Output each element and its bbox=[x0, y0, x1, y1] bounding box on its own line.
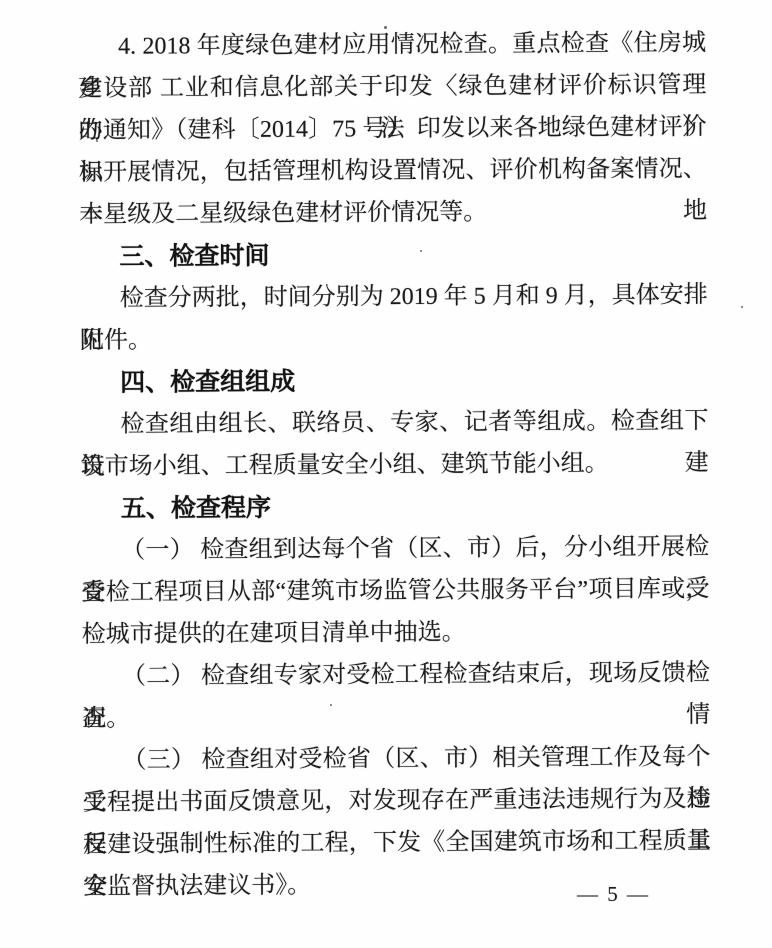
text-line: 检查组由组长、联络员、专家、记者等组成。检查组下设建 bbox=[80, 400, 708, 446]
paragraph: 检查分两批，时间分别为 2019 年 5 月和 9 月，具体安排见附件。 bbox=[80, 274, 709, 362]
text-line: 建设部 工业和信息化部关于印发〈绿色建材评价标识管理办法〉 bbox=[78, 64, 706, 110]
scan-speck bbox=[654, 122, 656, 124]
text-line: 工程提出书面反馈意见，对发现存在严重违法违规行为及违反工 bbox=[83, 778, 711, 824]
paragraph: （二） 检查组专家对受检工程检查结束后，现场反馈检查情况。 bbox=[82, 652, 711, 740]
text-line: 附件。 bbox=[80, 316, 708, 362]
scan-speck bbox=[741, 306, 743, 308]
scanned-document-page: 4. 2018 年度绿色建材应用情况检查。重点检查《住房城乡建设部 工业和信息化… bbox=[0, 0, 772, 948]
paragraph: 检查组由组长、联络员、专家、记者等组成。检查组下设建筑市场小组、工程质量安全小组… bbox=[80, 400, 709, 488]
section-heading: 三、检查时间 bbox=[119, 232, 707, 278]
text-line: 检城市提供的在建项目清单中抽选。 bbox=[82, 610, 710, 656]
section-heading: 五、检查程序 bbox=[121, 484, 709, 530]
scan-speck bbox=[330, 704, 332, 706]
page-number: — 5 — bbox=[577, 882, 650, 907]
text-line: 识开展情况，包括管理机构设置情况、评价机构备案情况、本地 bbox=[79, 148, 707, 194]
text-line: 检查分两批，时间分别为 2019 年 5 月和 9 月，具体安排见 bbox=[80, 274, 708, 320]
section-heading: 四、检查组组成 bbox=[120, 358, 708, 404]
scan-speck bbox=[96, 140, 98, 142]
scan-speck bbox=[420, 250, 422, 252]
text-line: 的通知》（建科〔2014〕75 号） 印发以来各地绿色建材评价标 bbox=[79, 106, 707, 152]
document-body: 4. 2018 年度绿色建材应用情况检查。重点检查《住房城乡建设部 工业和信息化… bbox=[78, 22, 711, 908]
text-line: 程建设强制性标准的工程，下发《全国建筑市场和工程质量安 bbox=[83, 820, 711, 866]
text-line: （一） 检查组到达每个省（区、市）后，分小组开展检查， bbox=[81, 526, 709, 572]
scan-speck bbox=[384, 26, 387, 29]
paragraph: （一） 检查组到达每个省（区、市）后，分小组开展检查，受检工程项目从部“建筑市场… bbox=[81, 526, 710, 656]
text-line: 4. 2018 年度绿色建材应用情况检查。重点检查《住房城乡 bbox=[78, 22, 706, 68]
text-line: （二） 检查组专家对受检工程检查结束后，现场反馈检查情 bbox=[82, 652, 710, 698]
text-line: 受检工程项目从部“建筑市场监管公共服务平台”项目库或受 bbox=[81, 568, 709, 614]
paragraph: 4. 2018 年度绿色建材应用情况检查。重点检查《住房城乡建设部 工业和信息化… bbox=[78, 22, 707, 236]
text-line: （三） 检查组对受检省（区、市）相关管理工作及每个受检 bbox=[82, 736, 710, 782]
